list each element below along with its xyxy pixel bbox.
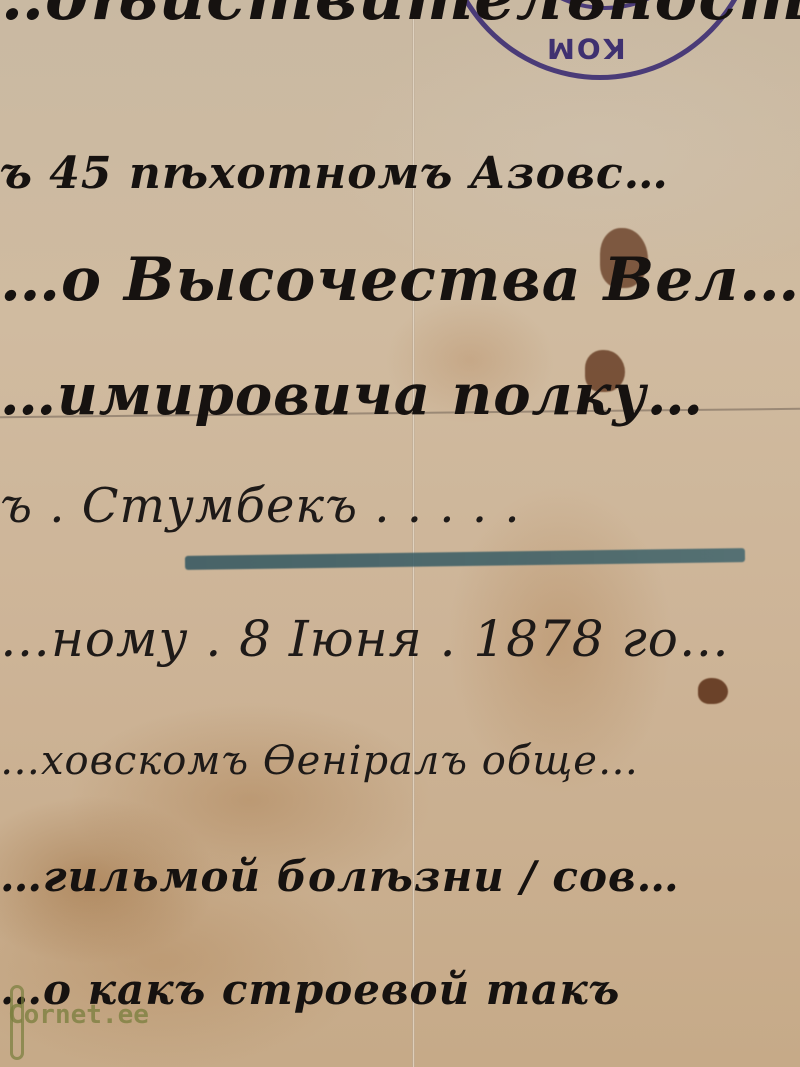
watermark-text: Cornet.ee [8, 1000, 149, 1030]
document-line: …имировича полку… [0, 362, 704, 428]
ink-stain [698, 678, 728, 704]
document-line-surname: ъ . Стумбекъ . . . . . [0, 478, 521, 534]
document-line-date: …ному . 8 Іюня . 1878 го… [0, 610, 730, 668]
stamp-text: КОМ [545, 32, 626, 65]
document-line: …о Высочества Вел… [0, 245, 800, 315]
document-line: …гильмой болѣзни / сов… [0, 852, 680, 901]
document-line: …дѣйствительности… [0, 0, 800, 35]
document-line: ъ 45 пѣхотномъ Азовс… [0, 148, 669, 199]
document-line: …ховскомъ Ѳеніралъ обще… [0, 738, 639, 784]
